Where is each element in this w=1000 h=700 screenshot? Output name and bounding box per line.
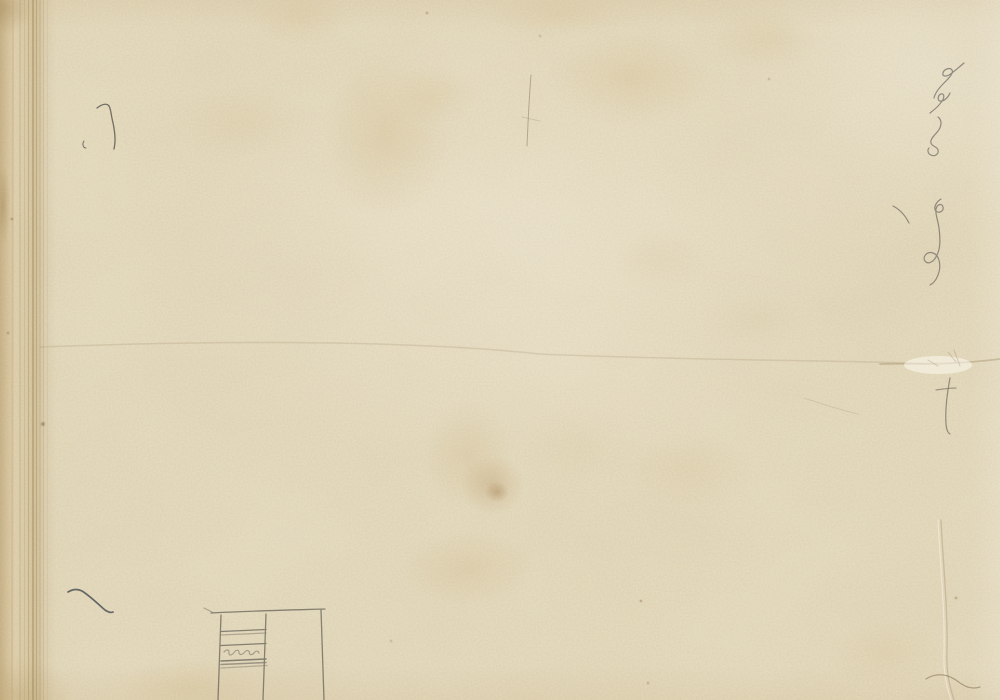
manuscript-page-scan <box>0 0 1000 700</box>
paper-stains-and-foxing <box>0 0 1000 700</box>
